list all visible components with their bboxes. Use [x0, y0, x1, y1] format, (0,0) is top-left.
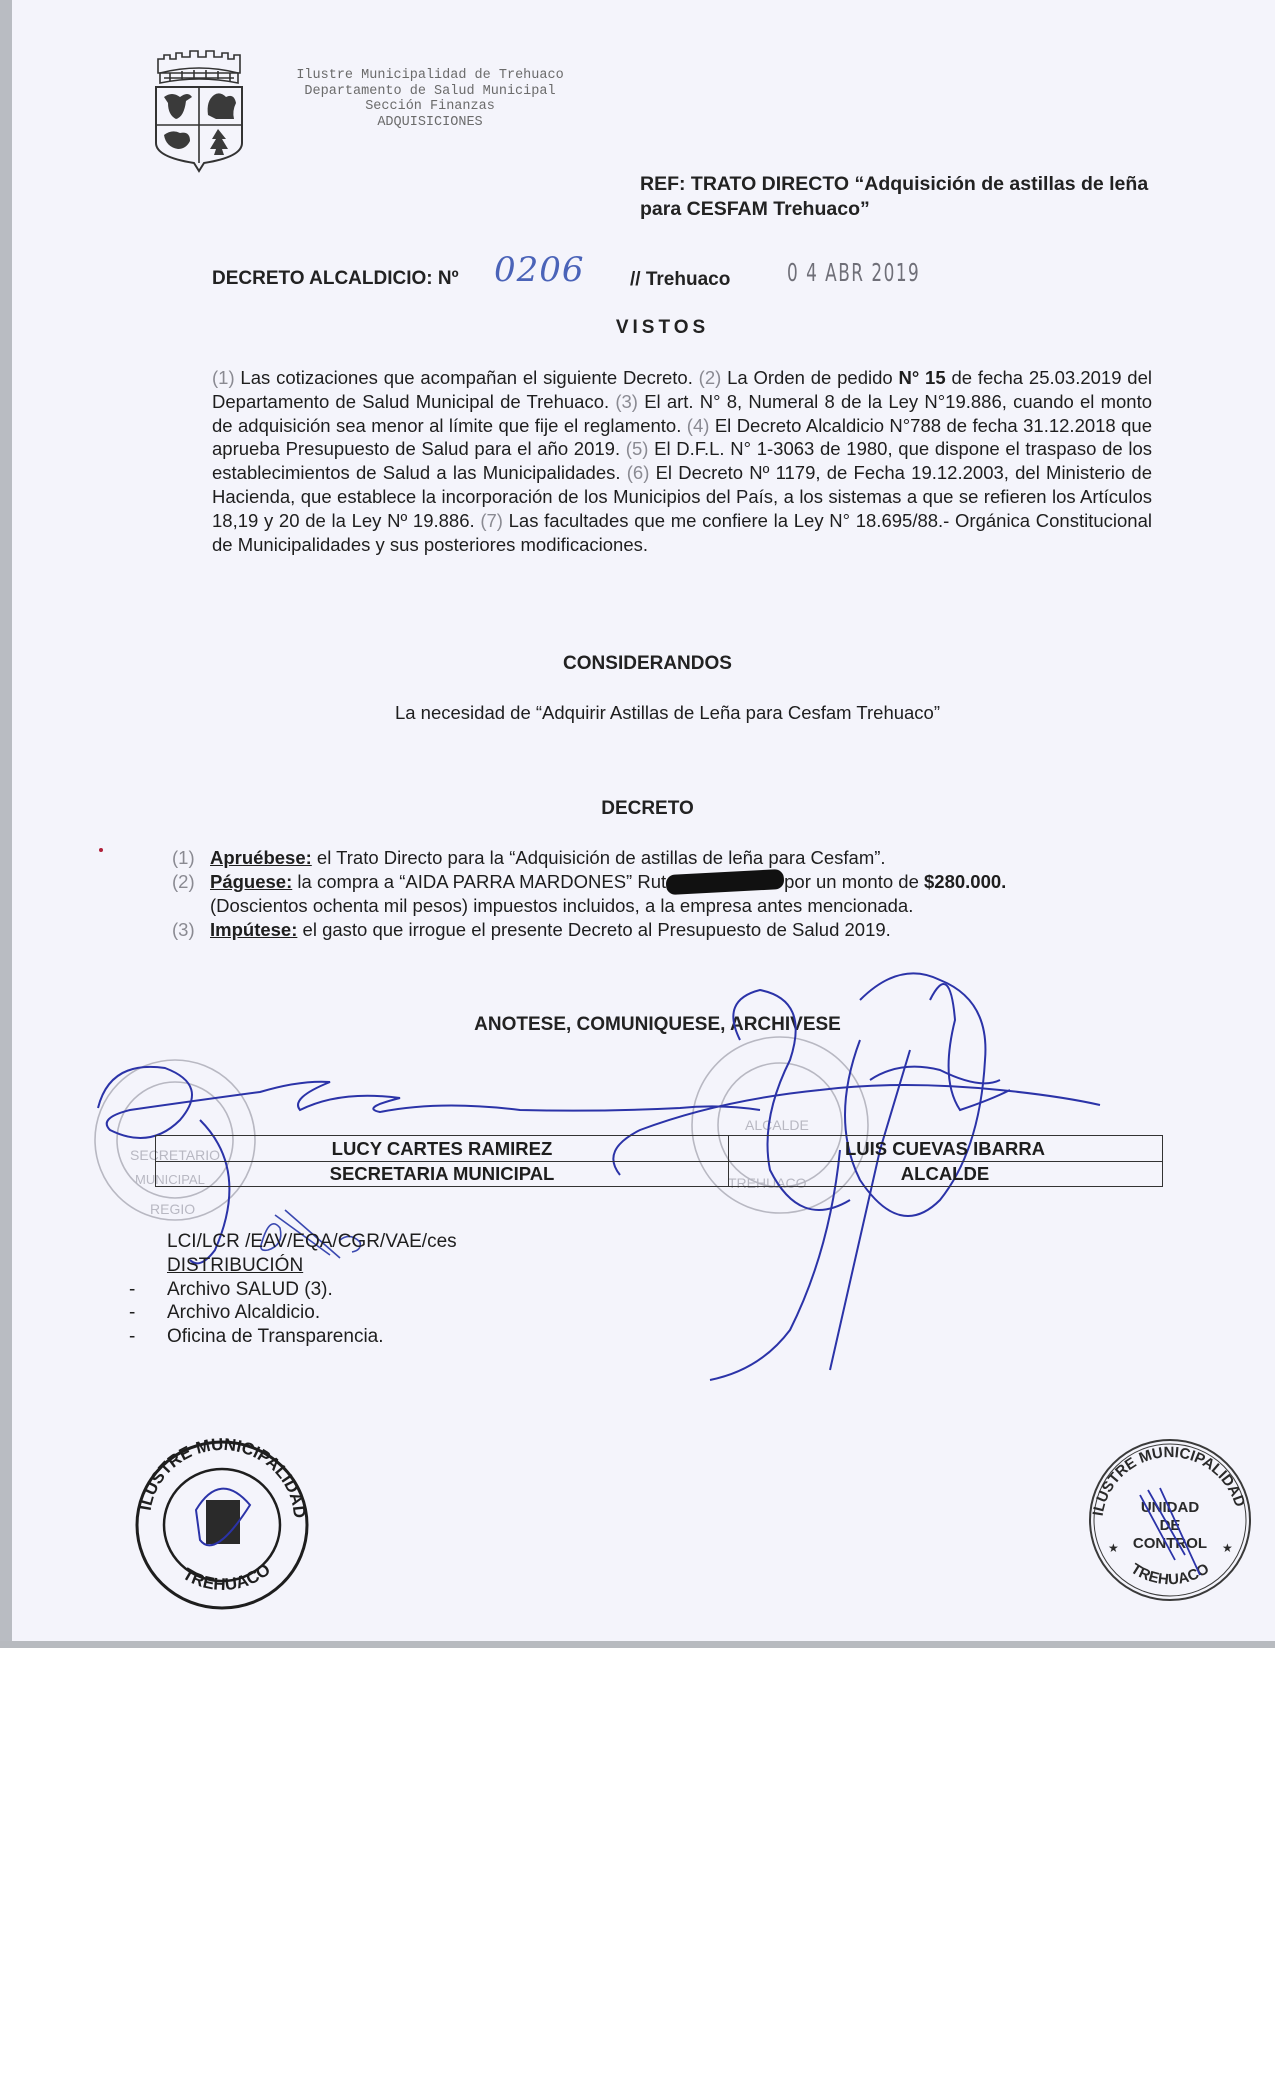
reference: REF: TRATO DIRECTO “Adquisición de astil…: [640, 172, 1180, 222]
item-text: el Trato Directo para la “Adquisición de…: [312, 847, 886, 868]
item-number: (3): [172, 918, 210, 942]
clause-number: (5): [626, 438, 649, 459]
order-number: N° 15: [898, 367, 945, 388]
item-number: (2): [172, 870, 210, 918]
clause-text: Las cotizaciones que acompañan el siguie…: [235, 367, 699, 388]
clause-number: (6): [627, 462, 650, 483]
distribution-item: -Archivo SALUD (3).: [167, 1278, 384, 1302]
item-keyword: Páguese:: [210, 871, 292, 892]
payment-amount: $280.000.: [924, 871, 1006, 892]
bullet-dash: -: [129, 1278, 135, 1302]
decree-place: // Trehuaco: [630, 269, 730, 291]
decreto-items: (1) Apruébese: el Trato Directo para la …: [172, 846, 1157, 942]
item-keyword: Impútese:: [210, 919, 297, 940]
distribution-item-text: Archivo SALUD (3).: [167, 1279, 333, 1300]
decreto-title: DECRETO: [0, 798, 1275, 820]
closing-formula: ANOTESE, COMUNIQUESE, ARCHIVESE: [0, 1014, 1275, 1036]
letterhead-line: ADQUISICIONES: [255, 115, 605, 131]
distribution-title: DISTRIBUCIÓN: [167, 1254, 384, 1278]
clause-number: (3): [615, 391, 638, 412]
bullet-dash: -: [129, 1301, 135, 1325]
signer-role: ALCALDE: [728, 1161, 1162, 1186]
signer-name: LUIS CUEVAS IBARRA: [728, 1136, 1162, 1162]
signer-role: SECRETARIA MUNICIPAL: [156, 1161, 728, 1186]
decreto-item: (3) Impútese: el gasto que irrogue el pr…: [172, 918, 1157, 942]
considerandos-text: La necesidad de “Adquirir Astillas de Le…: [0, 702, 1275, 724]
clause-text: La Orden de pedido: [721, 367, 898, 388]
scan-edge-left: [0, 0, 12, 1648]
signature-block-alcalde: LUIS CUEVAS IBARRA ALCALDE: [728, 1136, 1162, 1186]
distribution-item-text: Archivo Alcaldicio.: [167, 1302, 320, 1323]
clause-number: (1): [212, 367, 235, 388]
considerandos-title: CONSIDERANDOS: [0, 653, 1275, 675]
redacted-rut: [666, 869, 785, 895]
item-number: (1): [172, 846, 210, 870]
clause-number: (2): [699, 367, 722, 388]
date-stamp: 0 4 ABR 2019: [787, 258, 920, 287]
distribution-item: -Archivo Alcaldicio.: [167, 1301, 384, 1325]
distribution-item: -Oficina de Transparencia.: [167, 1325, 384, 1349]
distribution-item-text: Oficina de Transparencia.: [167, 1326, 384, 1347]
clause-number: (7): [480, 510, 503, 531]
distribution-list: DISTRIBUCIÓN -Archivo SALUD (3). -Archiv…: [167, 1254, 384, 1348]
item-text: el gasto que irrogue el presente Decreto…: [297, 919, 890, 940]
signature-table: LUCY CARTES RAMIREZ SECRETARIA MUNICIPAL…: [155, 1135, 1163, 1187]
reference-initials: LCI/LCR /EAV/EQA/CGR/VAE/ces: [167, 1231, 457, 1253]
signature-block-secretaria: LUCY CARTES RAMIREZ SECRETARIA MUNICIPAL: [156, 1136, 729, 1186]
ink-speck: [99, 848, 103, 852]
scan-edge-bottom: [0, 1641, 1275, 1648]
vistos-title: VISTOS: [0, 317, 1275, 339]
decreto-item: (1) Apruébese: el Trato Directo para la …: [172, 846, 1157, 870]
clause-number: (4): [687, 415, 710, 436]
decree-number-handwritten: 0206: [494, 250, 585, 290]
scanned-page: [0, 0, 1275, 1648]
item-text: (Doscientos ochenta mil pesos) impuestos…: [210, 895, 913, 916]
vistos-paragraph: (1) Las cotizaciones que acompañan el si…: [212, 366, 1152, 556]
decree-label: DECRETO ALCALDICIO: Nº: [212, 268, 459, 290]
bullet-dash: -: [129, 1325, 135, 1349]
letterhead-line: Departamento de Salud Municipal: [255, 84, 605, 100]
item-keyword: Apruébese:: [210, 847, 312, 868]
municipal-crest-icon: [152, 45, 246, 173]
letterhead-line: Ilustre Municipalidad de Trehuaco: [255, 68, 605, 84]
item-text: por un monto de: [784, 871, 924, 892]
item-text: la compra a “AIDA PARRA MARDONES” Rut: [292, 871, 666, 892]
letterhead-line: Sección Finanzas: [255, 99, 605, 115]
signer-name: LUCY CARTES RAMIREZ: [156, 1136, 728, 1162]
letterhead: Ilustre Municipalidad de Trehuaco Depart…: [255, 68, 605, 130]
decreto-item: (2) Páguese: la compra a “AIDA PARRA MAR…: [172, 870, 1157, 918]
